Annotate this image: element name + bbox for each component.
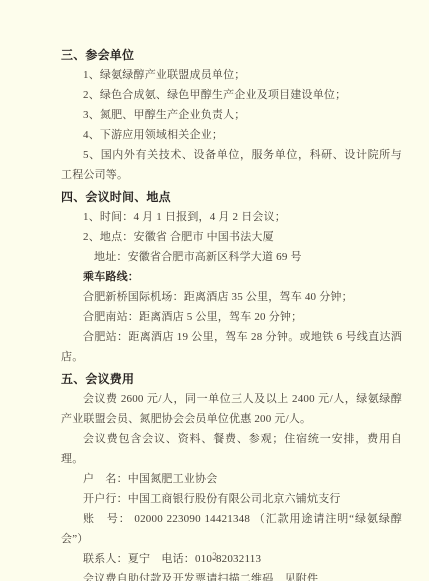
route-airport-line: 合肥新桥国际机场：距离酒店 35 公里，驾车 40 分钟； (61, 287, 402, 307)
fee-includes-paragraph: 会议费包含会议、资料、餐费、参观；住宿统一安排，费用自理。 (61, 429, 402, 469)
route-heading: 乘车路线： (61, 267, 402, 287)
attendee-item-5: 5、国内外有关技术、设备单位，服务单位，科研、设计院所与工程公司等。 (61, 145, 402, 185)
meeting-address-line: 地址：安徽省合肥市高新区科学大道 69 号 (61, 247, 402, 267)
account-name-line: 户 名：中国氮肥工业协会 (61, 469, 402, 489)
attendee-item-2: 2、绿色合成氨、绿色甲醇生产企业及项目建设单位； (61, 85, 402, 105)
account-number-line: 账 号： 02000 223090 14421348 （汇款用途请注明“绿氨绿醇… (61, 509, 402, 549)
section-attendees-heading: 三、参会单位 (61, 45, 402, 65)
meeting-place-line: 2、地点：安徽省 合肥市 中国书法大厦 (61, 227, 402, 247)
page-number: 3 (0, 550, 429, 562)
document-page: 三、参会单位 1、绿氨绿醇产业联盟成员单位； 2、绿色合成氨、绿色甲醇生产企业及… (0, 0, 429, 581)
meeting-time-line: 1、时间：4 月 1 日报到，4 月 2 日会议； (61, 207, 402, 227)
document-body: 三、参会单位 1、绿氨绿醇产业联盟成员单位； 2、绿色合成氨、绿色甲醇生产企业及… (61, 45, 402, 581)
attendee-item-4: 4、下游应用领域相关企业； (61, 125, 402, 145)
bank-line: 开户行：中国工商银行股份有限公司北京六铺炕支行 (61, 489, 402, 509)
fee-paragraph: 会议费 2600 元/人，同一单位三人及以上 2400 元/人，绿氨绿醇产业联盟… (61, 389, 402, 429)
payment-note-line: 会议费自助付款及开发票请扫描二维码，见附件 (61, 569, 402, 581)
section-time-place-heading: 四、会议时间、地点 (61, 187, 402, 207)
route-south-station-line: 合肥南站：距离酒店 5 公里，驾车 20 分钟； (61, 307, 402, 327)
attendee-item-1: 1、绿氨绿醇产业联盟成员单位； (61, 65, 402, 85)
attendee-item-3: 3、氮肥、甲醇生产企业负责人； (61, 105, 402, 125)
route-hefei-station-line: 合肥站：距离酒店 19 公里，驾车 28 分钟。或地铁 6 号线直达酒店。 (61, 327, 402, 367)
section-fees-heading: 五、会议费用 (61, 369, 402, 389)
